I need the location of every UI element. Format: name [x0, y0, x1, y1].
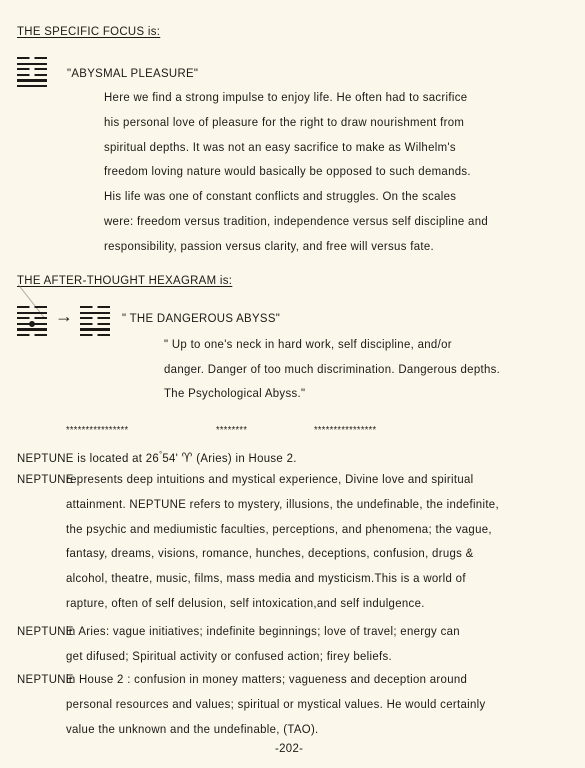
hexagram-line [17, 63, 47, 65]
aries-glyph-icon: ♈ [182, 451, 193, 465]
neptune-location: NEPTUNE is located at 26°54' ♈ (Aries) i… [17, 448, 297, 465]
hexagram-line [17, 323, 47, 325]
hexagram-line [17, 79, 47, 81]
hexagram-line [17, 57, 47, 59]
neptune-represents-line: fantasy, dreams, visions, romance, hunch… [66, 546, 474, 560]
hexagram-from-icon [17, 306, 47, 339]
page-number: -202- [275, 741, 303, 755]
neptune-in-house-line: value the unknown and the undefinable, (… [66, 722, 319, 736]
paragraph-line: Here we find a strong impulse to enjoy l… [104, 90, 467, 104]
hexagram-line [80, 334, 110, 336]
paragraph-line: responsibility, passion versus clarity, … [104, 239, 434, 253]
hexagram-line [17, 334, 47, 336]
neptune-in-aries-line: get difused; Spiritual activity or confu… [66, 649, 392, 663]
neptune-in-aries-line: in Aries: vague initiatives; indefinite … [66, 624, 460, 638]
specific-focus-heading: THE SPECIFIC FOCUS is: [17, 24, 160, 38]
paragraph-line: danger. Danger of too much discriminatio… [164, 362, 500, 376]
hexagram-line [17, 306, 47, 308]
hexagram-line [17, 312, 47, 314]
changing-line-dot-icon [29, 321, 35, 327]
paragraph-line: were: freedom versus tradition, independ… [104, 214, 488, 228]
hexagram-line [17, 74, 47, 76]
paragraph-line: spiritual depths. It was not an easy sac… [104, 140, 456, 154]
paragraph-line: freedom loving nature would basically be… [104, 164, 471, 178]
hexagram-title: " THE DANGEROUS ABYSS" [122, 311, 280, 325]
hexagram-abysmal-pleasure-icon [17, 57, 47, 90]
hexagram-line [17, 85, 47, 87]
hexagram-dangerous-abyss-icon [80, 306, 110, 339]
hexagram-line [80, 306, 110, 308]
neptune-represents-line: the psychic and mediumistic faculties, p… [66, 522, 492, 536]
separator-stars-1: **************** [66, 424, 128, 438]
separator-stars-2: ******** [216, 424, 247, 438]
paragraph-line: " Up to one's neck in hard work, self di… [164, 337, 452, 351]
paragraph-line: his personal love of pleasure for the ri… [104, 115, 464, 129]
hexagram-line [17, 328, 47, 330]
neptune-in-house-line: personal resources and values; spiritual… [66, 697, 486, 711]
neptune-in-house-line: in House 2 : confusion in money matters;… [66, 672, 467, 686]
document-page: THE SPECIFIC FOCUS is: "ABYSMAL PLEASURE… [0, 0, 585, 768]
hexagram-line [80, 317, 110, 319]
hexagram-line [17, 68, 47, 70]
hexagram-title: "ABYSMAL PLEASURE" [67, 66, 198, 80]
neptune-represents-line: rapture, often of self delusion, self in… [66, 596, 425, 610]
separator-stars-3: **************** [314, 424, 376, 438]
neptune-represents-line: alcohol, theatre, music, films, mass med… [66, 571, 466, 585]
arrow-right-icon: → [55, 307, 73, 325]
neptune-represents-line: represents deep intuitions and mystical … [66, 472, 474, 486]
paragraph-line: The Psychological Abyss." [164, 386, 305, 400]
after-thought-heading: THE AFTER-THOUGHT HEXAGRAM is: [17, 273, 232, 287]
hexagram-line [80, 328, 110, 330]
neptune-represents-line: attainment. NEPTUNE refers to mystery, i… [66, 497, 499, 511]
hexagram-line [17, 317, 47, 319]
paragraph-line: His life was one of constant conflicts a… [104, 189, 456, 203]
hexagram-line [80, 323, 110, 325]
hexagram-line [80, 312, 110, 314]
